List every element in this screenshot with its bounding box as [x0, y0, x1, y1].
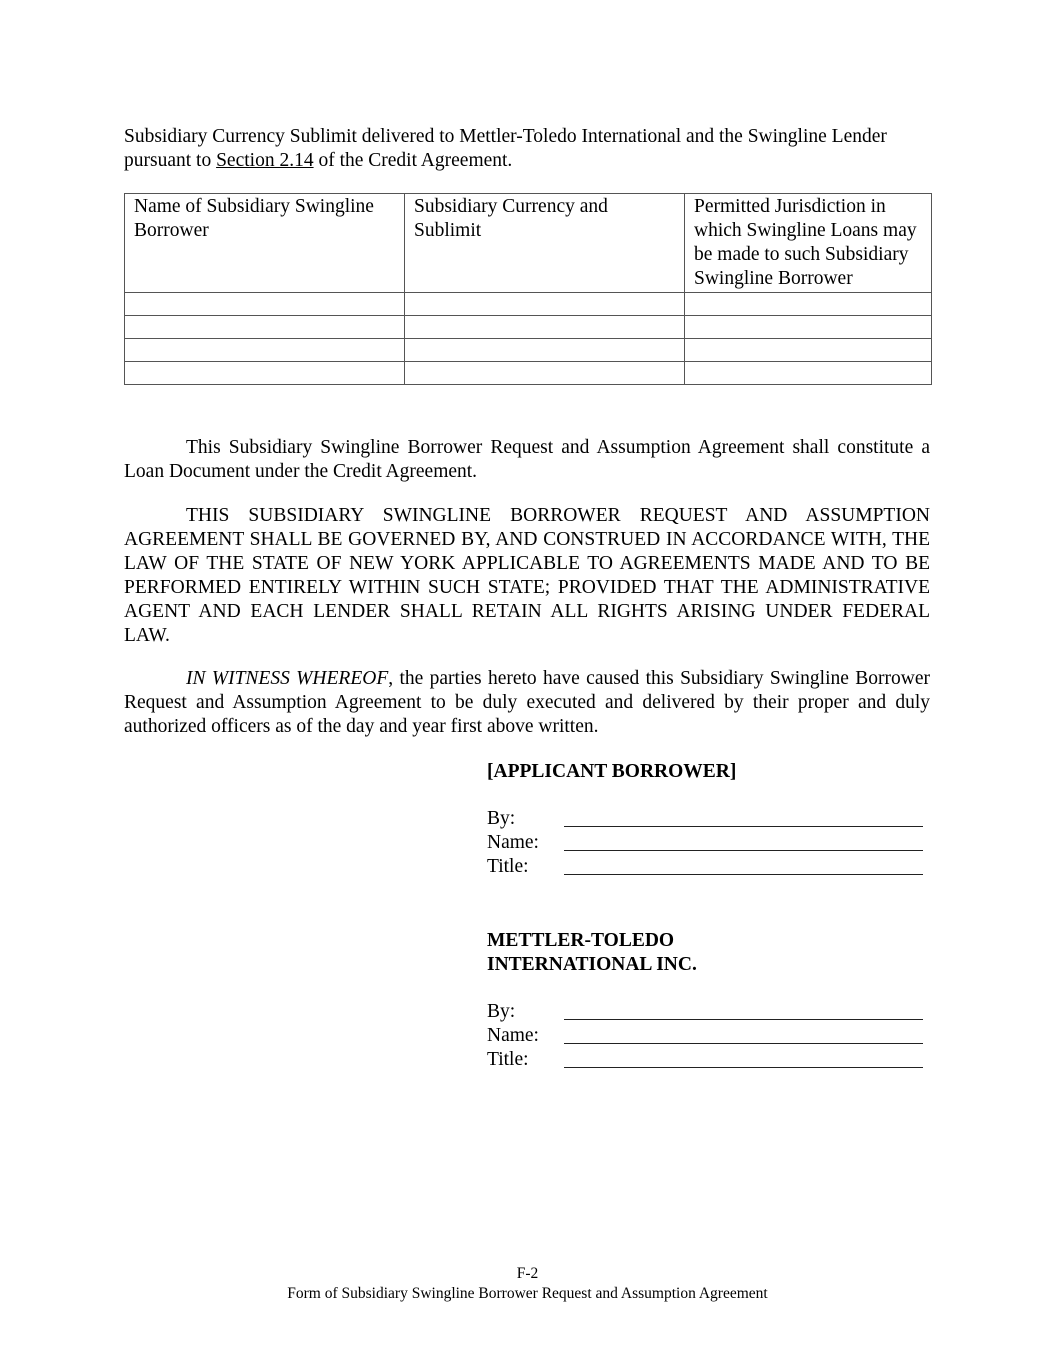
table-cell[interactable]	[125, 362, 405, 385]
table-cell[interactable]	[405, 362, 685, 385]
title-label: Title:	[487, 855, 529, 879]
witness-whereof: IN WITNESS WHEREOF	[186, 668, 388, 689]
footer-form-title: Form of Subsidiary Swingline Borrower Re…	[0, 1284, 1055, 1304]
intro-pre: pursuant to	[124, 150, 216, 171]
signature-by-row: By:	[487, 1000, 927, 1024]
page-number: F-2	[0, 1264, 1055, 1284]
signature-by-row: By:	[487, 807, 927, 831]
header-borrower-name: Name of Subsidiary Swingline Borrower	[125, 194, 405, 293]
signature-block-applicant-borrower: [APPLICANT BORROWER] By: Name: Title:	[487, 760, 927, 879]
table-row	[125, 316, 932, 339]
title-signature-line[interactable]	[564, 1067, 923, 1068]
subsidiary-schedule-table: Name of Subsidiary Swingline Borrower Su…	[124, 193, 932, 385]
witness-paragraph: IN WITNESS WHEREOF, the parties hereto h…	[124, 667, 930, 739]
by-signature-line[interactable]	[564, 1019, 923, 1020]
table-cell[interactable]	[685, 362, 932, 385]
name-signature-line[interactable]	[564, 850, 923, 851]
loan-document-paragraph: This Subsidiary Swingline Borrower Reque…	[124, 436, 930, 484]
table-cell[interactable]	[405, 339, 685, 362]
signature-name-row: Name:	[487, 831, 927, 855]
by-label: By:	[487, 807, 515, 831]
table-row	[125, 339, 932, 362]
table-cell[interactable]	[685, 293, 932, 316]
signature-title-row: Title:	[487, 855, 927, 879]
signature-heading-line-2: INTERNATIONAL INC.	[487, 953, 927, 977]
section-reference-link[interactable]: Section 2.14	[216, 150, 314, 171]
signature-block-mettler-toledo: METTLER-TOLEDO INTERNATIONAL INC. By: Na…	[487, 929, 927, 1072]
name-label: Name:	[487, 1024, 539, 1048]
header-currency-sublimit: Subsidiary Currency and Sublimit	[405, 194, 685, 293]
by-signature-line[interactable]	[564, 826, 923, 827]
table-cell[interactable]	[405, 293, 685, 316]
table-row	[125, 362, 932, 385]
title-label: Title:	[487, 1048, 529, 1072]
table-cell[interactable]	[125, 316, 405, 339]
table-cell[interactable]	[125, 293, 405, 316]
intro-paragraph: Subsidiary Currency Sublimit delivered t…	[124, 125, 930, 173]
table-cell[interactable]	[685, 339, 932, 362]
table-cell[interactable]	[685, 316, 932, 339]
table-cell[interactable]	[405, 316, 685, 339]
name-signature-line[interactable]	[564, 1043, 923, 1044]
intro-line-1: Subsidiary Currency Sublimit delivered t…	[124, 126, 887, 147]
intro-post: of the Credit Agreement.	[314, 150, 513, 171]
header-permitted-jurisdiction: Permitted Jurisdiction in which Swinglin…	[685, 194, 932, 293]
table-row	[125, 293, 932, 316]
title-signature-line[interactable]	[564, 874, 923, 875]
name-label: Name:	[487, 831, 539, 855]
by-label: By:	[487, 1000, 515, 1024]
governing-law-paragraph: THIS SUBSIDIARY SWINGLINE BORROWER REQUE…	[124, 504, 930, 648]
table-cell[interactable]	[125, 339, 405, 362]
signature-title-row: Title:	[487, 1048, 927, 1072]
signature-name-row: Name:	[487, 1024, 927, 1048]
signature-heading: [APPLICANT BORROWER]	[487, 760, 927, 784]
signature-heading-line-1: METTLER-TOLEDO	[487, 929, 927, 953]
table-header-row: Name of Subsidiary Swingline Borrower Su…	[125, 194, 932, 293]
